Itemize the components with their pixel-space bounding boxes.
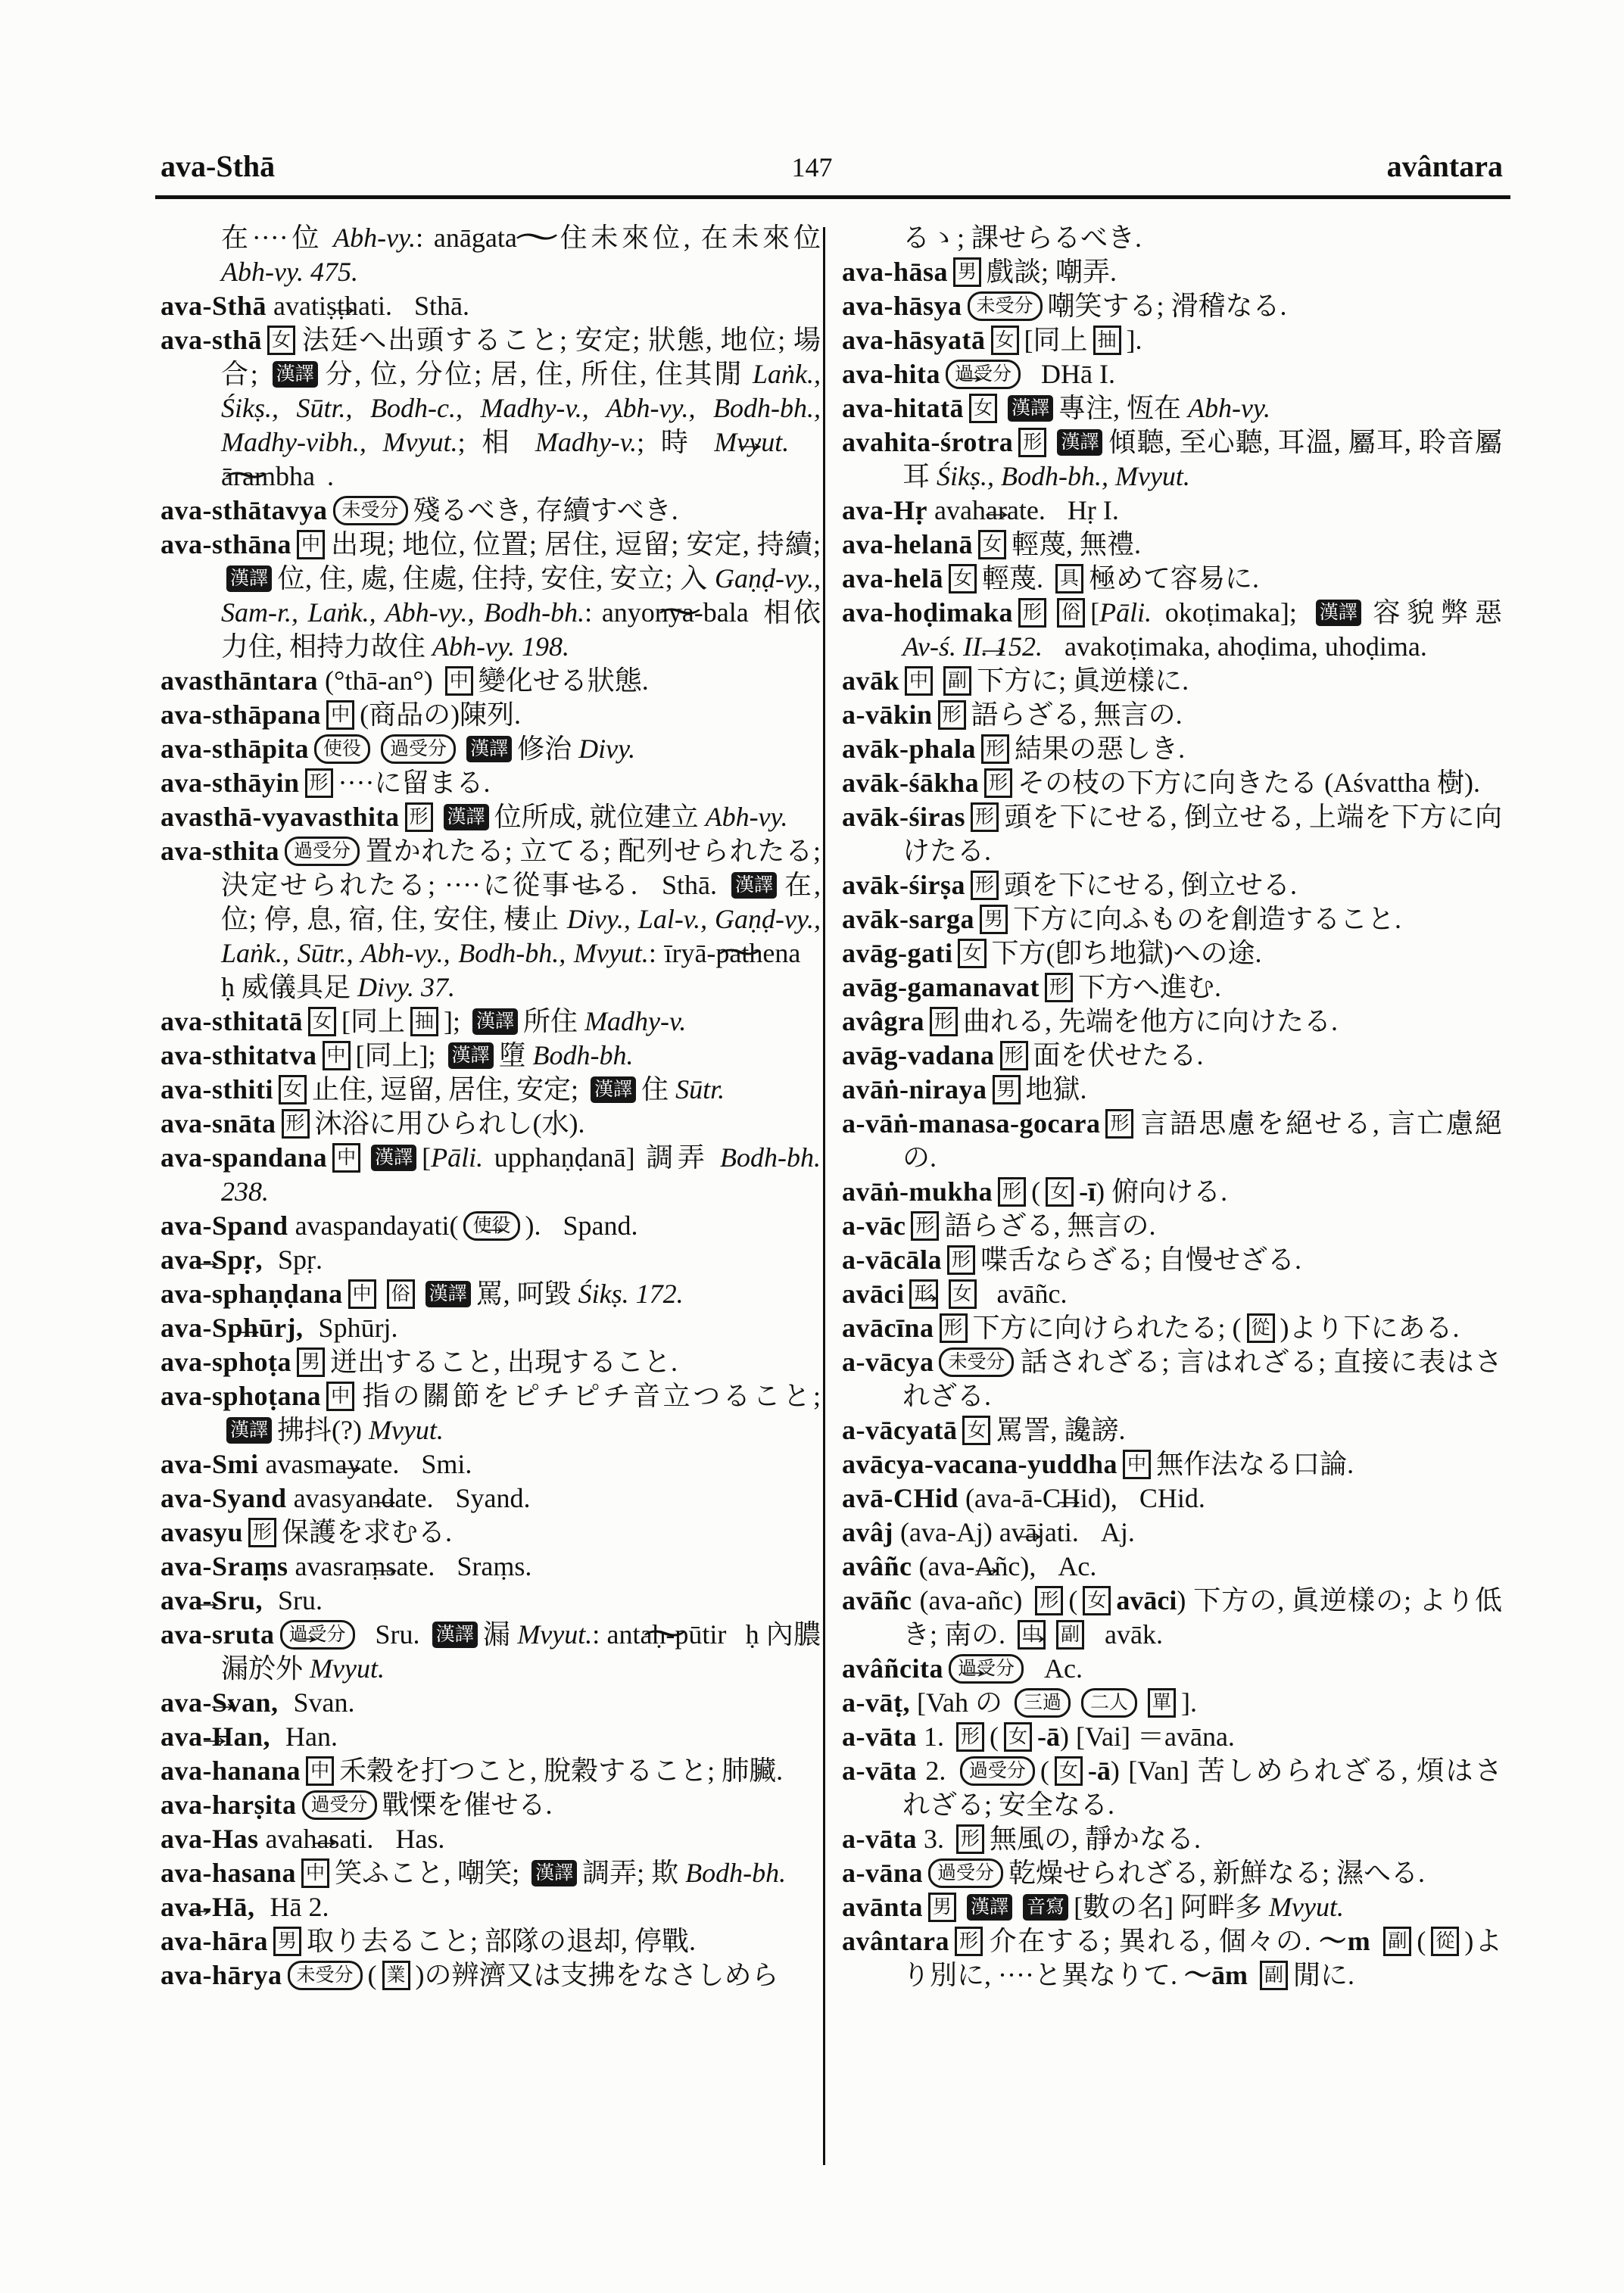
dictionary-entry: avāk-sarga男下方に向ふものを創造すること. bbox=[842, 902, 1502, 936]
dictionary-entry: ava-hasana中笑ふこと, 嘲笑; 漢譯調弄; 欺 Bodh-bh. bbox=[161, 1856, 821, 1890]
dictionary-entry: a-vāṅ-manasa-gocara形言語思慮を絕せる, 言亡慮絕の. bbox=[842, 1107, 1502, 1175]
source-reference: Divy. bbox=[578, 734, 635, 764]
dictionary-entry: a-vāta 3. 形無風の, 靜かなる. bbox=[842, 1822, 1502, 1856]
japanese-text: 下方に向ふものを創造すること. bbox=[1013, 904, 1401, 934]
dictionary-entry: avāṅ-niraya男地獄. bbox=[842, 1073, 1502, 1107]
japanese-text: 指の關節をピチピチ音立つること; bbox=[360, 1381, 821, 1411]
headword: ava-hanana bbox=[161, 1756, 301, 1786]
grammar-label: 男 bbox=[928, 1893, 956, 1922]
dictionary-entry: ava-hoḍimaka形俗[Pāli. okoṭimaka]; 漢譯容貌弊惡 … bbox=[842, 596, 1502, 664]
japanese-text: [同上]; bbox=[356, 1040, 443, 1070]
source-reference: Abh-vy. bbox=[1188, 393, 1270, 423]
grammar-label: 女 bbox=[267, 326, 295, 355]
japanese-text: ) [ bbox=[1060, 1721, 1085, 1752]
dictionary-entry: ava-hita過受分→DHā I. bbox=[842, 357, 1502, 391]
chinese-translation-label: 漢譯 bbox=[731, 872, 777, 899]
grammar-label: 具 bbox=[1055, 564, 1083, 594]
grammar-label: 業 bbox=[382, 1961, 410, 1990]
source-reference: Bodh-bh. bbox=[533, 1040, 634, 1070]
dictionary-entry: avāñc (ava-añc) 形(女avāci) 下方の, 眞逆樣の; より低… bbox=[842, 1584, 1502, 1652]
dictionary-entry: ava-sphaṇḍana中俗漢譯罵, 呵毀 Śikṣ. 172. bbox=[161, 1277, 821, 1311]
dictionary-entry: a-vācya未受分話されざる; 言はれざる; 直接に表はされざる. bbox=[842, 1345, 1502, 1413]
headword: avâj bbox=[842, 1517, 893, 1547]
chinese-translation-label: 漢譯 bbox=[226, 1417, 272, 1444]
grammar-label: 抽 bbox=[1093, 326, 1121, 355]
japanese-text: の bbox=[968, 1687, 1009, 1718]
grammar-label: 形 bbox=[940, 1313, 968, 1343]
dictionary-entry: avāg-gamanavat形下方へ進む. bbox=[842, 970, 1502, 1005]
source-reference: Sūtr. bbox=[675, 1074, 725, 1104]
dictionary-entry: ava-sthita過受分置かれたる; 立てる; 配列せられたる; 決定せられた… bbox=[161, 834, 821, 1005]
grammar-label: 形 bbox=[947, 1245, 975, 1275]
chinese-translation-label: 漢譯 bbox=[448, 1042, 494, 1069]
japanese-text: 漏 bbox=[483, 1619, 518, 1650]
dictionary-entry: avâgra形曲れる, 先端を他方に向けたる. bbox=[842, 1005, 1502, 1039]
headword: ava-Has bbox=[161, 1824, 259, 1854]
swung-dash: 〜 bbox=[515, 221, 559, 255]
japanese-text: 取り去ること; 部隊の退却, 停戰. bbox=[307, 1926, 696, 1956]
japanese-text: )より下にある. bbox=[1280, 1313, 1460, 1343]
grammar-label: 形 bbox=[998, 1177, 1026, 1207]
headword: a-vāta bbox=[842, 1824, 917, 1854]
header-rule bbox=[155, 195, 1510, 199]
japanese-text: 容貌弊惡 bbox=[1367, 597, 1502, 628]
source-reference: Madhy-v. bbox=[535, 427, 637, 457]
grammar-label: 形 bbox=[971, 802, 999, 832]
grammar-label: 中 bbox=[445, 666, 473, 696]
roman-text: Sphūrj. bbox=[319, 1313, 398, 1343]
dictionary-entry: ava-hanana中禾穀を打つこと, 脫穀すること; 肺臟. bbox=[161, 1754, 821, 1788]
column-right: るゝ; 課せらるべき.ava-hāsa男戲談; 嘲弄.ava-hāsya未受分嘲… bbox=[842, 221, 1502, 1992]
source-reference: Bodh-bh. bbox=[685, 1858, 786, 1888]
grammar-label: 男 bbox=[273, 1927, 301, 1956]
headword: ava-Sraṃs bbox=[161, 1551, 288, 1581]
dictionary-entry: ava-sthitatva中[同上]; 漢譯墮 Bodh-bh. bbox=[161, 1039, 821, 1073]
headword: ava-sthiti bbox=[161, 1074, 273, 1104]
grammar-label: 中 bbox=[332, 1143, 360, 1173]
roman-text: avāk. bbox=[1105, 1619, 1163, 1650]
headword: ava-sthāpana bbox=[161, 699, 321, 730]
grammar-label: 女 bbox=[1046, 1177, 1074, 1207]
headword: avāg-gati bbox=[842, 938, 952, 968]
grammar-label: 過受分 bbox=[960, 1756, 1035, 1786]
dictionary-entry: ava-Spand avaspandayati(使役). →Spand. bbox=[161, 1209, 821, 1243]
source-reference: Madhy-v. bbox=[584, 1006, 686, 1036]
headword: ava-Spand bbox=[161, 1210, 288, 1241]
roman-text: 2. bbox=[917, 1756, 955, 1786]
source-reference: Pāli. bbox=[1099, 597, 1152, 628]
dictionary-entry: a-vāṭ, [Vah の 三過二人單]. bbox=[842, 1686, 1502, 1720]
grammar-label: 單 bbox=[1148, 1688, 1176, 1718]
roman-text: Van bbox=[1137, 1756, 1180, 1786]
headword: a-vācyatā bbox=[842, 1415, 957, 1445]
grammar-label: 女 bbox=[991, 326, 1019, 355]
japanese-text: okoṭimaka]; bbox=[1152, 597, 1311, 628]
headword: ava-hāra bbox=[161, 1926, 268, 1956]
japanese-text: 戰慄を催せる. bbox=[382, 1790, 553, 1820]
japanese-text: ( bbox=[368, 1960, 377, 1990]
grammar-label: 抽 bbox=[410, 1007, 438, 1036]
headword: a-vāta bbox=[842, 1756, 917, 1786]
grammar-label: 副 bbox=[1056, 1620, 1084, 1650]
grammar-label: 過受分 bbox=[928, 1858, 1003, 1888]
grammar-label: 過受分 bbox=[285, 837, 360, 866]
dictionary-entry: ava-Has avahasati. →Has. bbox=[161, 1822, 821, 1856]
grammar-label: 過受分 bbox=[302, 1790, 377, 1820]
japanese-text: 威儀具足 bbox=[235, 972, 357, 1002]
dictionary-entry: avāci形女→avāñc. bbox=[842, 1277, 1502, 1311]
header-catchword-right: avântara bbox=[1387, 148, 1503, 184]
japanese-text: 迸出すること, 出現すること. bbox=[330, 1347, 678, 1377]
headword: ava-sruta bbox=[161, 1619, 275, 1650]
roman-text: Sthā. bbox=[414, 291, 469, 321]
roman-text: 1. bbox=[917, 1721, 951, 1752]
headword: a-vākin bbox=[842, 699, 933, 730]
headword: ava-helā bbox=[842, 563, 943, 594]
dictionary-entry: ava-hāsa男戲談; 嘲弄. bbox=[842, 255, 1502, 289]
dictionary-entry: ava-sthiti女止住, 逗留, 居住, 安定; 漢譯住 Sūtr. bbox=[161, 1073, 821, 1107]
dictionary-entry: ava-spandana中漢譯[Pāli. upphaṇḍanā] 調弄 Bod… bbox=[161, 1141, 821, 1209]
japanese-text: 語らざる, 無言の. bbox=[944, 1210, 1155, 1241]
headword: ava-hasana bbox=[161, 1858, 296, 1888]
headword: ava-hitatā bbox=[842, 393, 964, 423]
grammar-label: 女 bbox=[969, 394, 997, 423]
roman-text: (ava-ā-CHid), bbox=[959, 1483, 1124, 1513]
chinese-translation-label: 漢譯 bbox=[444, 804, 489, 830]
roman-text: (°thā-an°) bbox=[318, 665, 440, 696]
headword: avâgra bbox=[842, 1006, 924, 1036]
chinese-translation-label: 漢譯 bbox=[591, 1076, 636, 1103]
grammar-label: 形 bbox=[984, 768, 1012, 798]
grammar-label: 形 bbox=[981, 734, 1009, 764]
dictionary-entry: avāk中副下方に; 眞逆樣に. bbox=[842, 664, 1502, 698]
dictionary-entry: avântara形介在する; 異れる, 個々の. 〜m 副(從)より別に, ··… bbox=[842, 1924, 1502, 1992]
headword: ava-harṣita bbox=[161, 1790, 297, 1820]
chinese-translation-label: 漢譯 bbox=[1008, 395, 1053, 422]
headword: avāk-śirṣa bbox=[842, 870, 965, 900]
source-reference: Divy. 37. bbox=[357, 972, 455, 1002]
roman-text: Ac. bbox=[1058, 1551, 1096, 1581]
dictionary-entry: ava-sthātavya未受分殘るべき, 存續すべき. bbox=[161, 494, 821, 528]
grammar-label: 男 bbox=[980, 905, 1008, 934]
japanese-text: 下方(卽ち地獄)への途. bbox=[992, 938, 1262, 968]
grammar-label: 未受分 bbox=[968, 291, 1043, 321]
dictionary-entry: るゝ; 課せらるべき. bbox=[842, 221, 1502, 255]
grammar-label: 中 bbox=[323, 1041, 351, 1070]
source-reference: Mvyut. bbox=[369, 1415, 444, 1445]
japanese-text: 介在する; 異れる, 個々の. bbox=[988, 1926, 1319, 1956]
chinese-translation-label: 漢譯 bbox=[531, 1860, 577, 1886]
grammar-label: 中 bbox=[348, 1279, 376, 1309]
chinese-translation-label: 漢譯 bbox=[371, 1145, 416, 1171]
bold-form: 〜m bbox=[1319, 1926, 1370, 1956]
roman-text: Has. bbox=[395, 1824, 444, 1854]
roman-text: avaspandayati( bbox=[288, 1210, 459, 1241]
japanese-text: 乾燥せられざる, 新鮮なる; 濕へる. bbox=[1008, 1858, 1425, 1888]
roman-text: (ava-añc) bbox=[912, 1585, 1030, 1615]
roman-text: ḥ bbox=[746, 1619, 759, 1650]
japanese-text bbox=[1370, 1926, 1379, 1956]
roman-text: (ava-Aj) avājati. bbox=[893, 1517, 1086, 1547]
headword: avānta bbox=[842, 1892, 923, 1922]
japanese-text: ]; bbox=[444, 1006, 467, 1036]
japanese-text: 住未來位, 在未來位 bbox=[556, 223, 821, 253]
japanese-text: 嘲笑する; 滑稽なる. bbox=[1048, 291, 1287, 321]
grammar-label: 形 bbox=[305, 768, 333, 798]
dictionary-entry: avāk-phala形結果の惡しき. bbox=[842, 732, 1502, 766]
chinese-translation-label: 漢譯 bbox=[967, 1894, 1012, 1921]
headword: a-vāc bbox=[842, 1210, 906, 1241]
dictionary-entry: avâñcita過受分→Ac. bbox=[842, 1652, 1502, 1686]
roman-text: Aj. bbox=[1101, 1517, 1135, 1547]
japanese-text: 地獄. bbox=[1026, 1074, 1087, 1104]
dictionary-entry: avāg-gati女下方(卽ち地獄)への途. bbox=[842, 936, 1502, 970]
dictionary-entry: ava-harṣita過受分戰慄を催せる. bbox=[161, 1788, 821, 1822]
grammar-label: 使役 bbox=[314, 734, 370, 764]
roman-text: Hṛ I. bbox=[1068, 495, 1119, 525]
japanese-text: [ bbox=[910, 1687, 926, 1718]
grammar-label: 形 bbox=[956, 1722, 984, 1752]
dictionary-entry: avāk-śirṣa形頭を下にせる, 倒立せる. bbox=[842, 868, 1502, 902]
japanese-text: 閒に. bbox=[1293, 1960, 1354, 1990]
chinese-translation-label: 音寫 bbox=[1023, 1894, 1068, 1921]
grammar-label: 形 bbox=[1035, 1586, 1063, 1615]
source-reference: Abh-vy. 475. bbox=[221, 257, 358, 287]
grammar-label: 形 bbox=[1018, 598, 1046, 628]
headword: ava-hārya bbox=[161, 1960, 282, 1990]
grammar-label: 女 bbox=[949, 1279, 977, 1309]
japanese-text bbox=[789, 427, 806, 457]
source-reference: Abh-vy. 198. bbox=[432, 631, 569, 662]
japanese-text: ( bbox=[1417, 1926, 1426, 1956]
grammar-label: 女 bbox=[958, 939, 986, 968]
grammar-label: 未受分 bbox=[939, 1347, 1014, 1377]
headword: avāñc bbox=[842, 1585, 912, 1615]
roman-text: Ac. bbox=[1044, 1653, 1083, 1684]
japanese-text: 結果の惡しき. bbox=[1015, 734, 1185, 764]
japanese-text: ····に留まる. bbox=[338, 768, 491, 798]
bold-form: -ā bbox=[1037, 1721, 1060, 1752]
dictionary-entry: avāg-vadana形面を伏せたる. bbox=[842, 1039, 1502, 1073]
japanese-text: ) [ bbox=[1111, 1756, 1137, 1786]
japanese-text: 墮 bbox=[499, 1040, 533, 1070]
column-left: 在····位 Abh-vy.: anāgata〜住未來位, 在未來位 Abh-v… bbox=[161, 221, 821, 1992]
source-reference: Mvyut. bbox=[310, 1653, 385, 1684]
dictionary-page: ava-Sthā 147 avântara 在····位 Abh-vy.: an… bbox=[0, 0, 1624, 2293]
dictionary-entry: ava-Hṛ avaharate. →Hṛ I. bbox=[842, 494, 1502, 528]
headword: avâñcita bbox=[842, 1653, 943, 1684]
japanese-text: 修治 bbox=[517, 734, 578, 764]
japanese-text: 無風の, 靜かなる. bbox=[990, 1824, 1201, 1854]
japanese-text: (商品の)陳列. bbox=[360, 699, 521, 730]
grammar-label: 形 bbox=[1018, 428, 1046, 457]
dictionary-entry: ava-hāsya未受分嘲笑する; 滑稽なる. bbox=[842, 289, 1502, 323]
dictionary-entry: a-vāta 2. 過受分(女-ā) [Van] 苦しめられざる, 煩はされざる… bbox=[842, 1754, 1502, 1822]
grammar-label: 形 bbox=[911, 1211, 939, 1241]
japanese-text: 輕蔑, 無禮. bbox=[1011, 529, 1141, 559]
dictionary-entry: ava-sthitatā女[同上抽]; 漢譯所住 Madhy-v. bbox=[161, 1005, 821, 1039]
grammar-label: 中 bbox=[326, 700, 354, 730]
roman-text: Hā 2. bbox=[270, 1892, 329, 1922]
roman-text: avāñc. bbox=[997, 1279, 1068, 1309]
dictionary-entry: avāk-śiras形頭を下にせる, 倒立せる, 上端を下方に向けたる. bbox=[842, 800, 1502, 868]
roman-text: 3. bbox=[917, 1824, 951, 1854]
japanese-text: 曲れる, 先端を他方に向けたる. bbox=[963, 1006, 1338, 1036]
dictionary-entry: ava-Sraṃs avasraṃsate. →Sraṃs. bbox=[161, 1550, 821, 1584]
headword: avasyu bbox=[161, 1517, 243, 1547]
headword: ava-sthitatva bbox=[161, 1040, 317, 1070]
headword: ava-snāta bbox=[161, 1108, 276, 1139]
dictionary-entry: avāk-śākha形その枝の下方に向きたる (Aśvattha 樹). bbox=[842, 766, 1502, 800]
bold-form: 〜ām bbox=[1184, 1960, 1248, 1990]
japanese-text: [ bbox=[422, 1142, 431, 1173]
chinese-translation-label: 漢譯 bbox=[472, 1008, 518, 1035]
source-reference: Mvyut. bbox=[517, 1619, 592, 1650]
roman-text: Svan. bbox=[294, 1687, 355, 1718]
japanese-text: ( bbox=[1040, 1756, 1049, 1786]
dictionary-entry: ava-sruta過受分→Sru. 漢譯漏 Mvyut.: antaḥ-pūti… bbox=[161, 1618, 821, 1686]
dictionary-entry: avâj (ava-Aj) avājati. →Aj. bbox=[842, 1516, 1502, 1550]
japanese-text: 下方に; 眞逆樣に. bbox=[977, 665, 1189, 696]
dictionary-entry: ava-Syand avasyandate. →Syand. bbox=[161, 1481, 821, 1516]
grammar-label: 過受分 bbox=[381, 734, 456, 764]
headword: avācīna bbox=[842, 1313, 934, 1343]
japanese-text: 出現; 地位, 位置; 居住, 逗留; 安定, 持續; bbox=[330, 529, 821, 559]
dictionary-entry: avasthā-vyavasthita形漢譯位所成, 就位建立 Abh-vy. bbox=[161, 800, 821, 834]
japanese-text: ( bbox=[990, 1721, 999, 1752]
headword: a-vāṭ, bbox=[842, 1687, 910, 1718]
japanese-text: 位所成, 就位建立 bbox=[494, 802, 706, 832]
japanese-text: : bbox=[649, 938, 665, 968]
bold-form: -ī bbox=[1079, 1176, 1096, 1207]
grammar-label: 女 bbox=[1055, 1756, 1083, 1786]
headword: ava-sthāpita bbox=[161, 734, 309, 764]
grammar-label: 中 bbox=[905, 666, 933, 696]
roman-text: ḥ bbox=[221, 972, 235, 1002]
grammar-label: 女 bbox=[949, 564, 977, 594]
dictionary-entry: ava-Spṛ,→Spṛ. bbox=[161, 1243, 821, 1277]
roman-text: Smi. bbox=[421, 1449, 472, 1479]
grammar-label: 二人 bbox=[1081, 1688, 1137, 1718]
grammar-label: 形 bbox=[956, 1824, 984, 1854]
headword: avācya-vacana-yuddha bbox=[842, 1449, 1117, 1479]
japanese-text: : bbox=[584, 597, 602, 628]
dictionary-entry: ava-hitatā女漢譯專注, 恆在 Abh-vy. bbox=[842, 391, 1502, 425]
dictionary-entry: a-vāta 1. 形(女-ā) [Vai] ＝avāna. bbox=[842, 1720, 1502, 1754]
grammar-label: 俗 bbox=[1057, 598, 1085, 628]
headword: avântara bbox=[842, 1926, 949, 1956]
grammar-label: 副 bbox=[943, 666, 971, 696]
headword: ava-sthita bbox=[161, 836, 279, 866]
roman-text: avakoṭimaka, ahoḍima, uhoḍima. bbox=[1064, 631, 1427, 662]
japanese-text: その枝の下方に向きたる ( bbox=[1018, 768, 1333, 798]
grammar-label: 女 bbox=[962, 1416, 990, 1445]
dictionary-entry: ava-Han,→Han. bbox=[161, 1720, 821, 1754]
dictionary-entry: a-vākin形語らざる, 無言の. bbox=[842, 698, 1502, 732]
headword: ava-Syand bbox=[161, 1483, 287, 1513]
japanese-text: 樹). bbox=[1430, 768, 1480, 798]
headword: avāk bbox=[842, 665, 899, 696]
grammar-label: 形 bbox=[1000, 1041, 1028, 1070]
japanese-text: ; 時 bbox=[637, 427, 714, 457]
grammar-label: 形 bbox=[405, 802, 433, 832]
japanese-text: 極めて容易に. bbox=[1089, 563, 1259, 594]
dictionary-entry: avasyu形保護を求むる. bbox=[161, 1516, 821, 1550]
headword: avāg-gamanavat bbox=[842, 972, 1040, 1002]
chinese-translation-label: 漢譯 bbox=[226, 565, 272, 592]
roman-text: avasyandate. bbox=[287, 1483, 441, 1513]
dictionary-entry: ava-helanā女輕蔑, 無禮. bbox=[842, 528, 1502, 562]
dictionary-entry: a-vāc形語らざる, 無言の. bbox=[842, 1209, 1502, 1243]
japanese-text: ) 俯向ける. bbox=[1096, 1176, 1227, 1207]
japanese-text: ( bbox=[1031, 1176, 1040, 1207]
japanese-text: 笑ふこと, 嘲笑; bbox=[335, 1858, 526, 1888]
japanese-text: 戲談; 嘲弄. bbox=[987, 257, 1117, 287]
roman-text: ). bbox=[525, 1210, 548, 1241]
dictionary-entry: ava-hāsyatā女[同上抽]. bbox=[842, 323, 1502, 357]
headword: avāg-vadana bbox=[842, 1040, 995, 1070]
headword: avāk-sarga bbox=[842, 904, 974, 934]
dictionary-entry: ava-hāra男取り去ること; 部隊の退却, 停戰. bbox=[161, 1924, 821, 1958]
chinese-translation-label: 漢譯 bbox=[1316, 600, 1361, 626]
japanese-text: 所住 bbox=[523, 1006, 584, 1036]
source-reference: Mvyut. bbox=[1269, 1892, 1344, 1922]
grammar-label: 從 bbox=[1247, 1313, 1275, 1343]
japanese-text: 禾穀を打つこと, 脫穀すること; 肺臟. bbox=[339, 1756, 783, 1786]
source-reference: Pāli. bbox=[431, 1142, 483, 1173]
column-divider bbox=[823, 227, 825, 2165]
japanese-text: )の辨濟又は支拂をなさしめら bbox=[416, 1960, 779, 1990]
roman-text: DHā I. bbox=[1041, 359, 1115, 389]
grammar-label: 形 bbox=[930, 1007, 958, 1036]
japanese-text: [同上 bbox=[341, 1006, 405, 1036]
chinese-translation-label: 漢譯 bbox=[432, 1622, 478, 1648]
roman-text: Aśvattha bbox=[1333, 768, 1430, 798]
roman-text: Syand. bbox=[455, 1483, 530, 1513]
dictionary-entry: ava-sthā女法廷へ出頭すること; 安定; 狀態, 地位; 場合; 漢譯分,… bbox=[161, 323, 821, 494]
headword: ava-sphoṭa bbox=[161, 1347, 291, 1377]
dictionary-entry: ava-Sru,→Sru. bbox=[161, 1584, 821, 1618]
grammar-label: 三過 bbox=[1015, 1688, 1071, 1718]
japanese-text: 保護を求むる. bbox=[282, 1517, 452, 1547]
japanese-text bbox=[1043, 631, 1049, 662]
headword: ava-helanā bbox=[842, 529, 973, 559]
japanese-text: upphaṇḍanā] 調弄 bbox=[483, 1142, 720, 1173]
japanese-text: : bbox=[592, 1619, 606, 1650]
grammar-label: 形 bbox=[282, 1109, 310, 1139]
chinese-translation-label: 漢譯 bbox=[1057, 429, 1102, 456]
source-reference: Abh-vy. bbox=[706, 802, 788, 832]
dictionary-entry: a-vācyatā女罵詈, 讒謗. bbox=[842, 1413, 1502, 1447]
roman-text: Vai bbox=[1085, 1721, 1121, 1752]
dictionary-entry: ava-sthāpana中(商品の)陳列. bbox=[161, 698, 821, 732]
japanese-text: 拂抖(?) bbox=[277, 1415, 369, 1445]
grammar-label: 未受分 bbox=[288, 1961, 363, 1990]
grammar-label: 男 bbox=[993, 1075, 1021, 1104]
headword: ava-sthāna bbox=[161, 529, 291, 559]
roman-text: Vah bbox=[926, 1687, 968, 1718]
grammar-label: 男 bbox=[297, 1347, 325, 1377]
headword: a-vāta bbox=[842, 1721, 917, 1752]
japanese-text: 住 bbox=[641, 1074, 675, 1104]
grammar-label: 形 bbox=[955, 1927, 983, 1956]
japanese-text: 頭を下にせる, 倒立せる. bbox=[1004, 870, 1297, 900]
headword: ava-sthātavya bbox=[161, 495, 328, 525]
source-reference: Śikṣ., Bodh-bh., Mvyut. bbox=[937, 461, 1190, 491]
headword: avasthā-vyavasthita bbox=[161, 802, 400, 832]
dictionary-entry: ava-sthāpita使役過受分漢譯修治 Divy. bbox=[161, 732, 821, 766]
japanese-text: ]. bbox=[1181, 1687, 1197, 1718]
